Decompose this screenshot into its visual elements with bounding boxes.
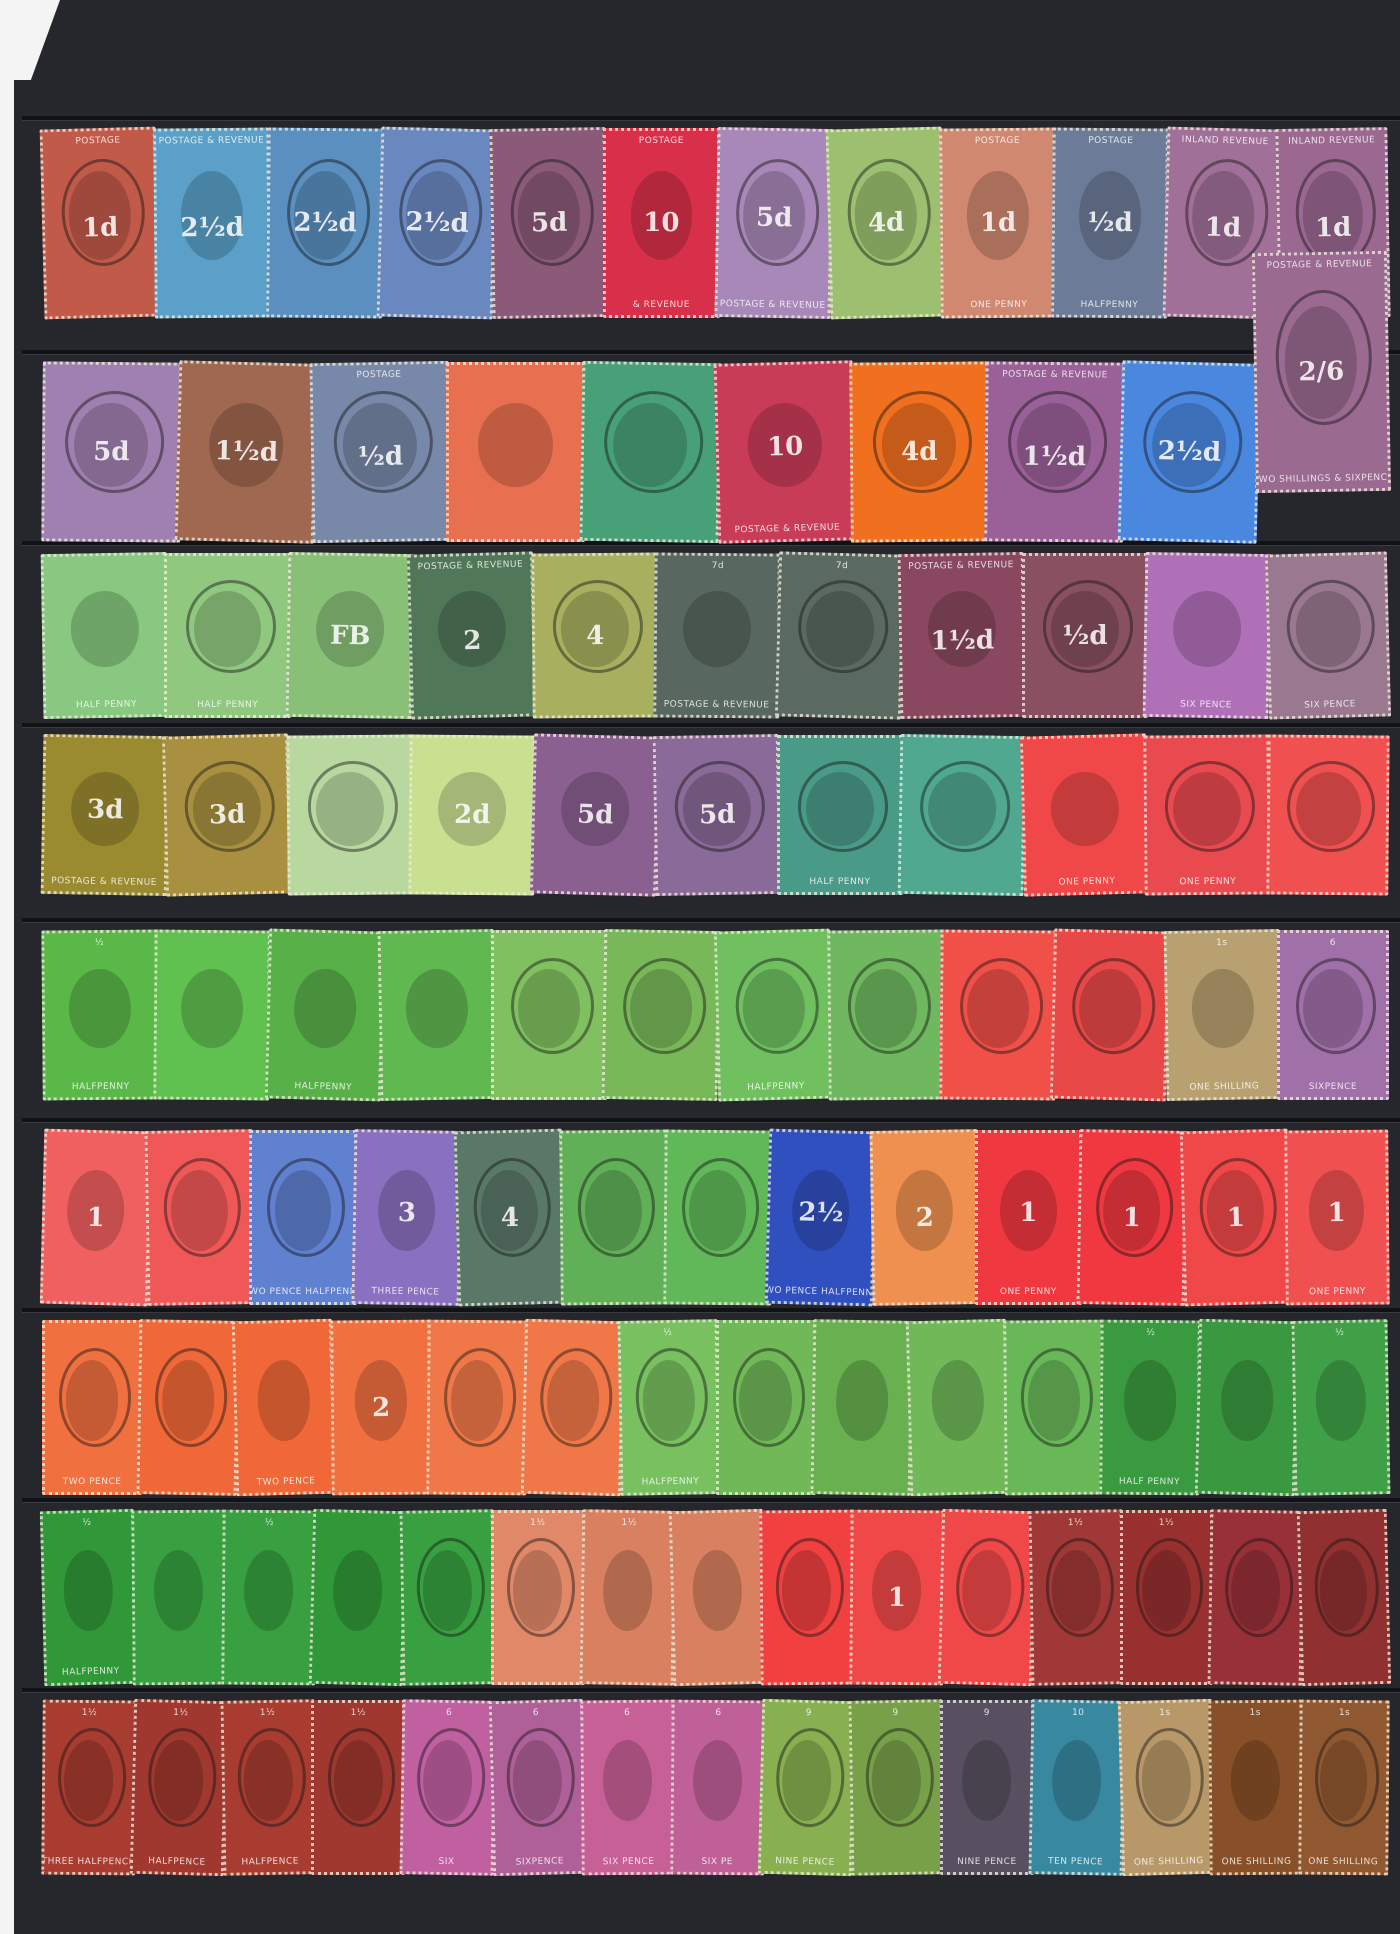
postmark	[163, 1158, 242, 1258]
stockbook-strip	[22, 1118, 1400, 1122]
postmark	[1314, 1728, 1380, 1827]
stamp-bottom-text: TWO PENCE HALFPENNY	[765, 1285, 877, 1298]
stamp: 1½	[579, 1509, 676, 1686]
stamp-top-text: 7d	[835, 561, 848, 571]
stamp	[760, 1510, 855, 1686]
stamp: SIX PENCE	[1143, 552, 1272, 719]
stamp-bottom-text: HALFPENNY	[642, 1476, 700, 1487]
stamp-top-text: INLAND REVENUE	[1181, 135, 1268, 147]
stamp: ONE PENNY	[1020, 733, 1151, 896]
stamp: ONE PENNY	[1143, 734, 1271, 895]
stamp-top-text: POSTAGE	[1088, 136, 1133, 146]
portrait-oval	[1052, 1740, 1103, 1822]
stamp-value: 2	[463, 625, 482, 655]
portrait-oval	[69, 969, 131, 1048]
postmark	[1313, 1537, 1380, 1638]
stamp-value: 1	[1328, 1197, 1346, 1227]
postmark	[539, 1348, 614, 1449]
stamp: 5dPOSTAGE & REVENUE	[714, 127, 834, 319]
stamp: 4	[454, 1129, 566, 1307]
stamp: 3d	[162, 733, 293, 896]
postmark	[1021, 1348, 1094, 1448]
stamp-bottom-text: HALFPENNY	[1081, 300, 1139, 311]
portrait-oval	[1191, 969, 1254, 1049]
stamp: TWO PENCE HALFPENNY	[249, 1130, 357, 1305]
stamp	[137, 1319, 240, 1496]
stamp: POSTAGE½d	[310, 361, 452, 543]
stamp-top-text: 7d	[712, 561, 725, 571]
stamp-bottom-text: TWO PENCE	[257, 1476, 316, 1488]
stamp-value: 1	[1123, 1202, 1142, 1232]
stamp-bottom-text: HALF PENNY	[76, 699, 137, 710]
stamp-top-text: POSTAGE	[639, 136, 684, 146]
stockbook-page: POSTAGE1dPOSTAGE & REVENUE2½d2½d2½d5dPOS…	[14, 0, 1400, 1934]
stamp-top-text: INLAND REVENUE	[1288, 135, 1375, 147]
postmark	[417, 1728, 486, 1828]
stockbook-strip	[22, 1308, 1400, 1312]
stamp-bottom-text: HALFPENCE	[148, 1856, 206, 1868]
stamp-value: ½d	[1088, 208, 1134, 238]
stamp-bottom-text: POSTAGE & REVENUE	[734, 523, 840, 536]
postmark	[635, 1348, 709, 1448]
stamp: 6SIXPENCE	[489, 1699, 587, 1876]
stamp: POSTAGE & REVENUE2	[407, 551, 538, 719]
stamp-top-text: 1s	[1216, 938, 1228, 948]
portrait-oval	[257, 1359, 312, 1441]
stamp	[898, 734, 1027, 896]
stamp-top-text: ½	[1146, 1328, 1155, 1338]
portrait-oval	[333, 1550, 384, 1632]
stamp-top-text: ½	[1335, 1328, 1344, 1338]
stamp: 7d	[775, 551, 906, 719]
stamp-bottom-text: HALFPENCE	[241, 1856, 299, 1867]
stamp-top-text: ½	[95, 938, 104, 948]
stamp-bottom-text: SIX PENCE	[1180, 700, 1232, 711]
stamp-value: 5d	[93, 437, 130, 467]
stamp: 1½d	[174, 360, 317, 544]
stamp	[939, 929, 1057, 1100]
stamp: POSTAGE1d	[40, 127, 161, 320]
stamp: 1	[849, 1510, 944, 1686]
stamp-top-text: 1½	[621, 1518, 637, 1528]
stamp-value: 1½d	[214, 436, 278, 468]
stamp-top-text: POSTAGE	[75, 135, 120, 146]
stamp-top-text: 9	[893, 1708, 899, 1718]
stamp: POSTAGE10& REVENUE	[603, 128, 719, 318]
stamp-bottom-text: TWO PENCE HALFPENNY	[249, 1287, 357, 1297]
portrait-oval	[603, 1740, 653, 1822]
stamp: ½	[221, 1510, 316, 1686]
stamp	[810, 1319, 913, 1496]
portrait-oval	[1124, 1360, 1177, 1442]
stamp-bottom-text: ONE PENNY	[1309, 1287, 1366, 1297]
postmark	[1136, 1538, 1203, 1637]
stamp	[377, 929, 496, 1101]
stamp	[1003, 1320, 1105, 1496]
postmark	[1045, 1538, 1114, 1638]
stamp: 9NINE PENCE	[940, 1700, 1034, 1875]
stamp: SIX PENCE	[1264, 551, 1391, 719]
stamp: 5d	[530, 733, 661, 896]
postmark	[147, 1728, 217, 1829]
stamp: ½	[1291, 1319, 1390, 1496]
stamp-bottom-text: NINE PENCE	[957, 1857, 1016, 1867]
postmark	[776, 1538, 844, 1638]
stamp: HALF PENNY	[41, 552, 170, 719]
stamp-value: 2½	[798, 1197, 844, 1228]
stockbook-strip	[22, 1498, 1400, 1502]
postmark	[955, 1538, 1025, 1639]
portrait-oval	[693, 1740, 743, 1822]
stamp: 1ONE PENNY	[1285, 1130, 1390, 1306]
stamp: ½HALF PENNY	[1100, 1320, 1202, 1496]
stamp: 6SIXPENCE	[1277, 930, 1389, 1100]
stamp: ½HALFPENNY	[618, 1319, 721, 1496]
stamp-value: 5d	[531, 208, 568, 239]
stamp-value: FB	[330, 620, 371, 651]
stamp-top-text: POSTAGE & REVENUE	[418, 560, 524, 573]
stamp-value: 1	[1019, 1198, 1037, 1228]
postmark	[237, 1728, 306, 1828]
stamp-row: TWO PENCETWO PENCE2½HALFPENNY½HALF PENNY…	[14, 1320, 1400, 1495]
stamp-top-text: 6	[624, 1708, 630, 1718]
stamp	[559, 1130, 668, 1306]
postmark	[847, 957, 931, 1054]
stamp	[286, 734, 414, 895]
stamp: 2½d	[266, 127, 384, 318]
stamp-bottom-text: TWO SHILLINGS & SIXPENCE	[1253, 473, 1391, 485]
stockbook-strip	[22, 723, 1400, 727]
stamp-row: 1½THREE HALFPENCE1½HALFPENCE1½HALFPENCE1…	[14, 1700, 1400, 1875]
stamp: 10POSTAGE & REVENUE	[713, 360, 856, 544]
stamp-row: 3dPOSTAGE & REVENUE3d2d5d5dHALF PENNYONE…	[14, 735, 1400, 895]
stamp	[426, 1320, 528, 1496]
portrait-oval	[1219, 1359, 1274, 1441]
stamp: 3THREE PENCE	[351, 1129, 462, 1306]
portrait-oval	[63, 1550, 114, 1632]
stamp-bottom-text: TEN PENCE	[1048, 1857, 1103, 1868]
stamp: HALFPENNY	[264, 929, 385, 1102]
stamp-value: 1	[86, 1202, 105, 1232]
stamp: FB	[285, 552, 414, 719]
postmark	[307, 761, 398, 852]
stamp: 2	[330, 1320, 432, 1496]
stamp	[491, 930, 607, 1100]
stamp-value: 4	[501, 1202, 520, 1232]
stamp-bottom-text: POSTAGE & REVENUE	[719, 299, 825, 311]
postmark	[1071, 957, 1157, 1055]
stamp-row: 1TWO PENCE HALFPENNY3THREE PENCE42½TWO P…	[14, 1130, 1400, 1305]
stamp-top-text: 10	[1072, 1708, 1085, 1718]
postmark	[267, 1158, 344, 1257]
stamp: 1	[1179, 1129, 1291, 1307]
stamp-top-text: POSTAGE & REVENUE	[1267, 259, 1373, 271]
stamp-value: 5d	[755, 203, 792, 234]
stamp-value: 4	[586, 620, 604, 650]
stamp-top-text: 6	[446, 1708, 452, 1718]
stamp	[1266, 734, 1390, 895]
stamp-value: 2½d	[1157, 436, 1221, 468]
stamp-value: 2½d	[293, 208, 357, 239]
stamp-value: 1½d	[1022, 442, 1086, 473]
stamp-value: 1½d	[931, 625, 995, 656]
stamp	[602, 929, 721, 1101]
postmark	[186, 580, 276, 673]
stamp	[400, 1509, 497, 1686]
stamp: HALF PENNY	[164, 553, 290, 718]
stamp	[1050, 929, 1171, 1102]
stamp	[716, 1320, 816, 1495]
stamp-value: 3d	[209, 800, 246, 831]
stamp: HALFPENNY	[713, 929, 834, 1102]
stamp: POSTAGE & REVENUE2½d	[153, 127, 271, 318]
postmark	[511, 958, 594, 1054]
stamp	[154, 929, 272, 1100]
portrait-oval	[244, 1550, 294, 1632]
postmark	[416, 1538, 485, 1638]
stamp: 5d	[653, 734, 782, 896]
stamp-top-text: POSTAGE	[357, 370, 402, 381]
postmark	[959, 957, 1043, 1054]
stockbook-strip	[22, 116, 1400, 120]
stamp-value: 5d	[577, 800, 614, 831]
stamp-top-text: ½	[264, 1518, 273, 1528]
stamp: 1	[1077, 1129, 1188, 1306]
portrait-oval	[962, 1740, 1011, 1821]
stamp: 4	[531, 552, 659, 718]
stamp-bottom-text: HALFPENNY	[747, 1081, 805, 1093]
stamp: 5d	[489, 127, 609, 319]
stamp-row: POSTAGE1dPOSTAGE & REVENUE2½d2½d2½d5dPOS…	[14, 128, 1400, 318]
stamp-bottom-text: & REVENUE	[633, 300, 690, 310]
stamp-bottom-text: ONE PENNY	[1179, 877, 1236, 887]
stamp-row: 5d1½dPOSTAGE½d10POSTAGE & REVENUE4dPOSTA…	[14, 362, 1400, 542]
postmark	[1286, 579, 1376, 675]
stamp-top-text: POSTAGE & REVENUE	[159, 136, 265, 147]
postmark	[1134, 1727, 1204, 1828]
stamp: HALF PENNY	[777, 735, 903, 895]
stockbook-strip	[22, 350, 1400, 354]
stamp-bottom-text: HALF PENNY	[1119, 1477, 1180, 1488]
stamp-top-text: 1½	[173, 1708, 189, 1718]
stamp-bottom-text: ONE SHILLING	[1189, 1081, 1259, 1092]
stamp: 1sONE SHILLING	[1117, 1699, 1215, 1876]
stamp: 10TEN PENCE	[1028, 1699, 1125, 1876]
stamp	[1208, 1509, 1305, 1686]
stamp-top-text: 6	[533, 1708, 539, 1718]
stamp-row: ½HALFPENNY½1½1½11½1½	[14, 1510, 1400, 1685]
stamp: 2	[869, 1129, 980, 1306]
stamp-bottom-text: ONE PENNY	[1058, 876, 1115, 887]
stockbook-strip	[22, 918, 1400, 922]
stamp: 9	[849, 1699, 946, 1876]
stamp: 2½TWO PENCE HALFPENNY	[765, 1129, 877, 1307]
portrait-oval	[1231, 1740, 1281, 1822]
stamp	[938, 1509, 1036, 1686]
stamp: TWO PENCE	[42, 1320, 142, 1495]
stamp: 6SIX PENCE	[580, 1700, 675, 1876]
postmark	[578, 1158, 656, 1258]
stamp-top-text: POSTAGE	[975, 136, 1020, 146]
stamp-bottom-text: THREE PENCE	[371, 1286, 439, 1297]
postmark	[506, 1727, 576, 1828]
stamp-value: 1d	[1204, 213, 1241, 244]
stamp-value: 1	[888, 1582, 906, 1612]
stamp-bottom-text: SIXPENCE	[516, 1856, 565, 1867]
stamp-bottom-text: TWO PENCE	[63, 1477, 122, 1487]
stamp-bottom-text: HALFPENNY	[62, 1666, 120, 1678]
postmark	[328, 1728, 395, 1827]
postmark	[865, 1728, 934, 1828]
postmark	[155, 1348, 229, 1448]
postmark	[682, 1158, 760, 1258]
stamp-row: HALF PENNYHALF PENNYFBPOSTAGE & REVENUE2…	[14, 553, 1400, 718]
postmark	[58, 1728, 126, 1828]
stamp: ½HALFPENNY	[41, 929, 159, 1100]
stockbook-strip	[22, 1688, 1400, 1692]
stamp	[131, 1510, 226, 1686]
portrait-oval	[692, 1550, 743, 1632]
stamp	[668, 1509, 766, 1686]
stamp	[1297, 1509, 1391, 1686]
stamp: 1½	[491, 1510, 585, 1685]
stamp-bottom-text: ONE SHILLING	[1308, 1857, 1378, 1868]
stamp-bottom-text: HALFPENNY	[72, 1082, 130, 1093]
stamp: POSTAGE & REVENUE1½d	[984, 361, 1124, 542]
stamp-value: 1d	[980, 208, 1017, 238]
stamp-top-text: 1½	[259, 1708, 275, 1718]
postmark	[797, 579, 890, 675]
stamp-value: 3	[397, 1197, 416, 1227]
stamp: TWO PENCE	[232, 1319, 337, 1497]
postmark	[1165, 761, 1256, 852]
stamp-top-text: 9	[984, 1708, 990, 1718]
stamp: 1½	[311, 1700, 405, 1875]
postmark	[59, 1348, 131, 1447]
stamp: 4d	[825, 127, 946, 320]
stamp-bottom-text: SIXPENCE	[1309, 1082, 1357, 1092]
postmark	[603, 390, 704, 493]
stamp-value: 3d	[87, 795, 124, 826]
stamp: 9NINE PENCE	[758, 1699, 856, 1876]
stamp-top-text: POSTAGE & REVENUE	[908, 560, 1014, 572]
portrait-oval	[71, 590, 140, 667]
stamp: 1sONE SHILLING	[1298, 1700, 1389, 1876]
portrait-oval	[1050, 771, 1119, 847]
stamp: 6SIX	[400, 1699, 497, 1876]
portrait-oval	[930, 1359, 985, 1441]
stamp-value: 2	[915, 1202, 934, 1232]
stamp: 7dPOSTAGE & REVENUE	[654, 552, 782, 718]
stamp: 2½d	[1117, 360, 1260, 544]
stamp: 2d	[409, 734, 537, 895]
postmark	[920, 760, 1012, 852]
postmark	[444, 1348, 517, 1448]
stamp	[446, 362, 585, 542]
stamp: POSTAGE & REVENUE1½d	[898, 552, 1027, 719]
stamp-value: 1d	[1315, 213, 1352, 244]
postmark	[1225, 1538, 1294, 1638]
stamp-bottom-text: THREE HALFPENCE	[42, 1857, 135, 1868]
stamp-top-text: 1½	[1159, 1518, 1174, 1528]
stamp: 1ONE PENNY	[975, 1130, 1083, 1305]
portrait-oval	[405, 969, 468, 1049]
stamp-value: 1d	[82, 213, 119, 244]
portrait-oval	[293, 968, 357, 1048]
stamp-bottom-text: NINE PENCE	[775, 1856, 835, 1868]
stamp-bottom-text: HALF PENNY	[809, 877, 870, 887]
portrait-oval	[835, 1360, 889, 1442]
stamp	[309, 1509, 407, 1686]
stamp: 3dPOSTAGE & REVENUE	[41, 734, 170, 896]
postmark	[1296, 958, 1376, 1054]
stamp-value: ½d	[1062, 621, 1107, 651]
stamp-top-text: 1½	[1068, 1518, 1084, 1528]
stamp: 1½	[1120, 1510, 1214, 1685]
stamp: 1	[40, 1129, 152, 1307]
stamp: POSTAGE1dONE PENNY	[939, 127, 1057, 318]
portrait-oval	[683, 591, 751, 668]
stamp-value: 2½d	[181, 213, 245, 244]
stamp: 5d	[41, 361, 181, 542]
stamp	[1194, 1319, 1299, 1497]
stamp-top-text: 6	[715, 1708, 721, 1718]
stamp	[663, 1130, 772, 1306]
stamp	[906, 1319, 1011, 1497]
stamp-top-text: 1½	[530, 1518, 545, 1528]
postmark	[798, 761, 888, 852]
stamp: 1sONE SHILLING	[1163, 929, 1282, 1101]
stamp	[579, 361, 721, 543]
postmark	[622, 957, 707, 1055]
stamp-value: 4d	[901, 437, 938, 467]
stamp-bottom-text: POSTAGE & REVENUE	[51, 876, 157, 888]
stamp-value: 2/6	[1299, 357, 1345, 388]
postmark	[734, 956, 820, 1054]
stamp-bottom-text: ONE SHILLING	[1222, 1857, 1292, 1868]
portrait-oval	[603, 1550, 654, 1632]
stamp-top-text: 1½	[351, 1708, 366, 1718]
stamp: 6SIX PE	[670, 1700, 765, 1876]
stamp: POSTAGE & REVENUE2/6TWO SHILLINGS & SIXP…	[1252, 251, 1391, 493]
stamp-bottom-text: SIX PE	[701, 1857, 733, 1867]
stamp-value: 1	[1226, 1202, 1245, 1232]
stamp-bottom-text: HALF PENNY	[197, 700, 258, 710]
stamp-top-text: 9	[806, 1708, 812, 1718]
stamp: 1½THREE HALFPENCE	[41, 1700, 136, 1876]
stamp-value: 2	[372, 1392, 390, 1422]
stamp-value: 4d	[867, 208, 904, 239]
stamp: 1½HALFPENCE	[220, 1699, 317, 1876]
stamp-row: ½HALFPENNYHALFPENNYHALFPENNY1sONE SHILLI…	[14, 930, 1400, 1100]
stamp-top-text: POSTAGE & REVENUE	[1002, 370, 1108, 381]
stamp-value: 2½d	[405, 207, 469, 239]
stamp: 1½	[1028, 1509, 1125, 1686]
stamp-top-text: ½	[82, 1518, 91, 1528]
stamp-top-text: 1½	[82, 1708, 98, 1718]
stamp-value: 10	[766, 432, 803, 463]
stamp-bottom-text: SIX PENCE	[602, 1857, 654, 1867]
stamp-top-text: 1s	[1159, 1708, 1171, 1718]
stamp-top-text: 1s	[1250, 1708, 1262, 1718]
stamp-top-text: 6	[1330, 938, 1336, 948]
stamp-top-text: 1s	[1339, 1708, 1351, 1718]
stamp-bottom-text: SIX	[439, 1857, 455, 1867]
postmark	[1287, 761, 1375, 852]
stamp-bottom-text: POSTAGE & REVENUE	[664, 700, 770, 711]
stamp: POSTAGE½dHALFPENNY	[1051, 127, 1169, 318]
stamp	[144, 1129, 255, 1306]
